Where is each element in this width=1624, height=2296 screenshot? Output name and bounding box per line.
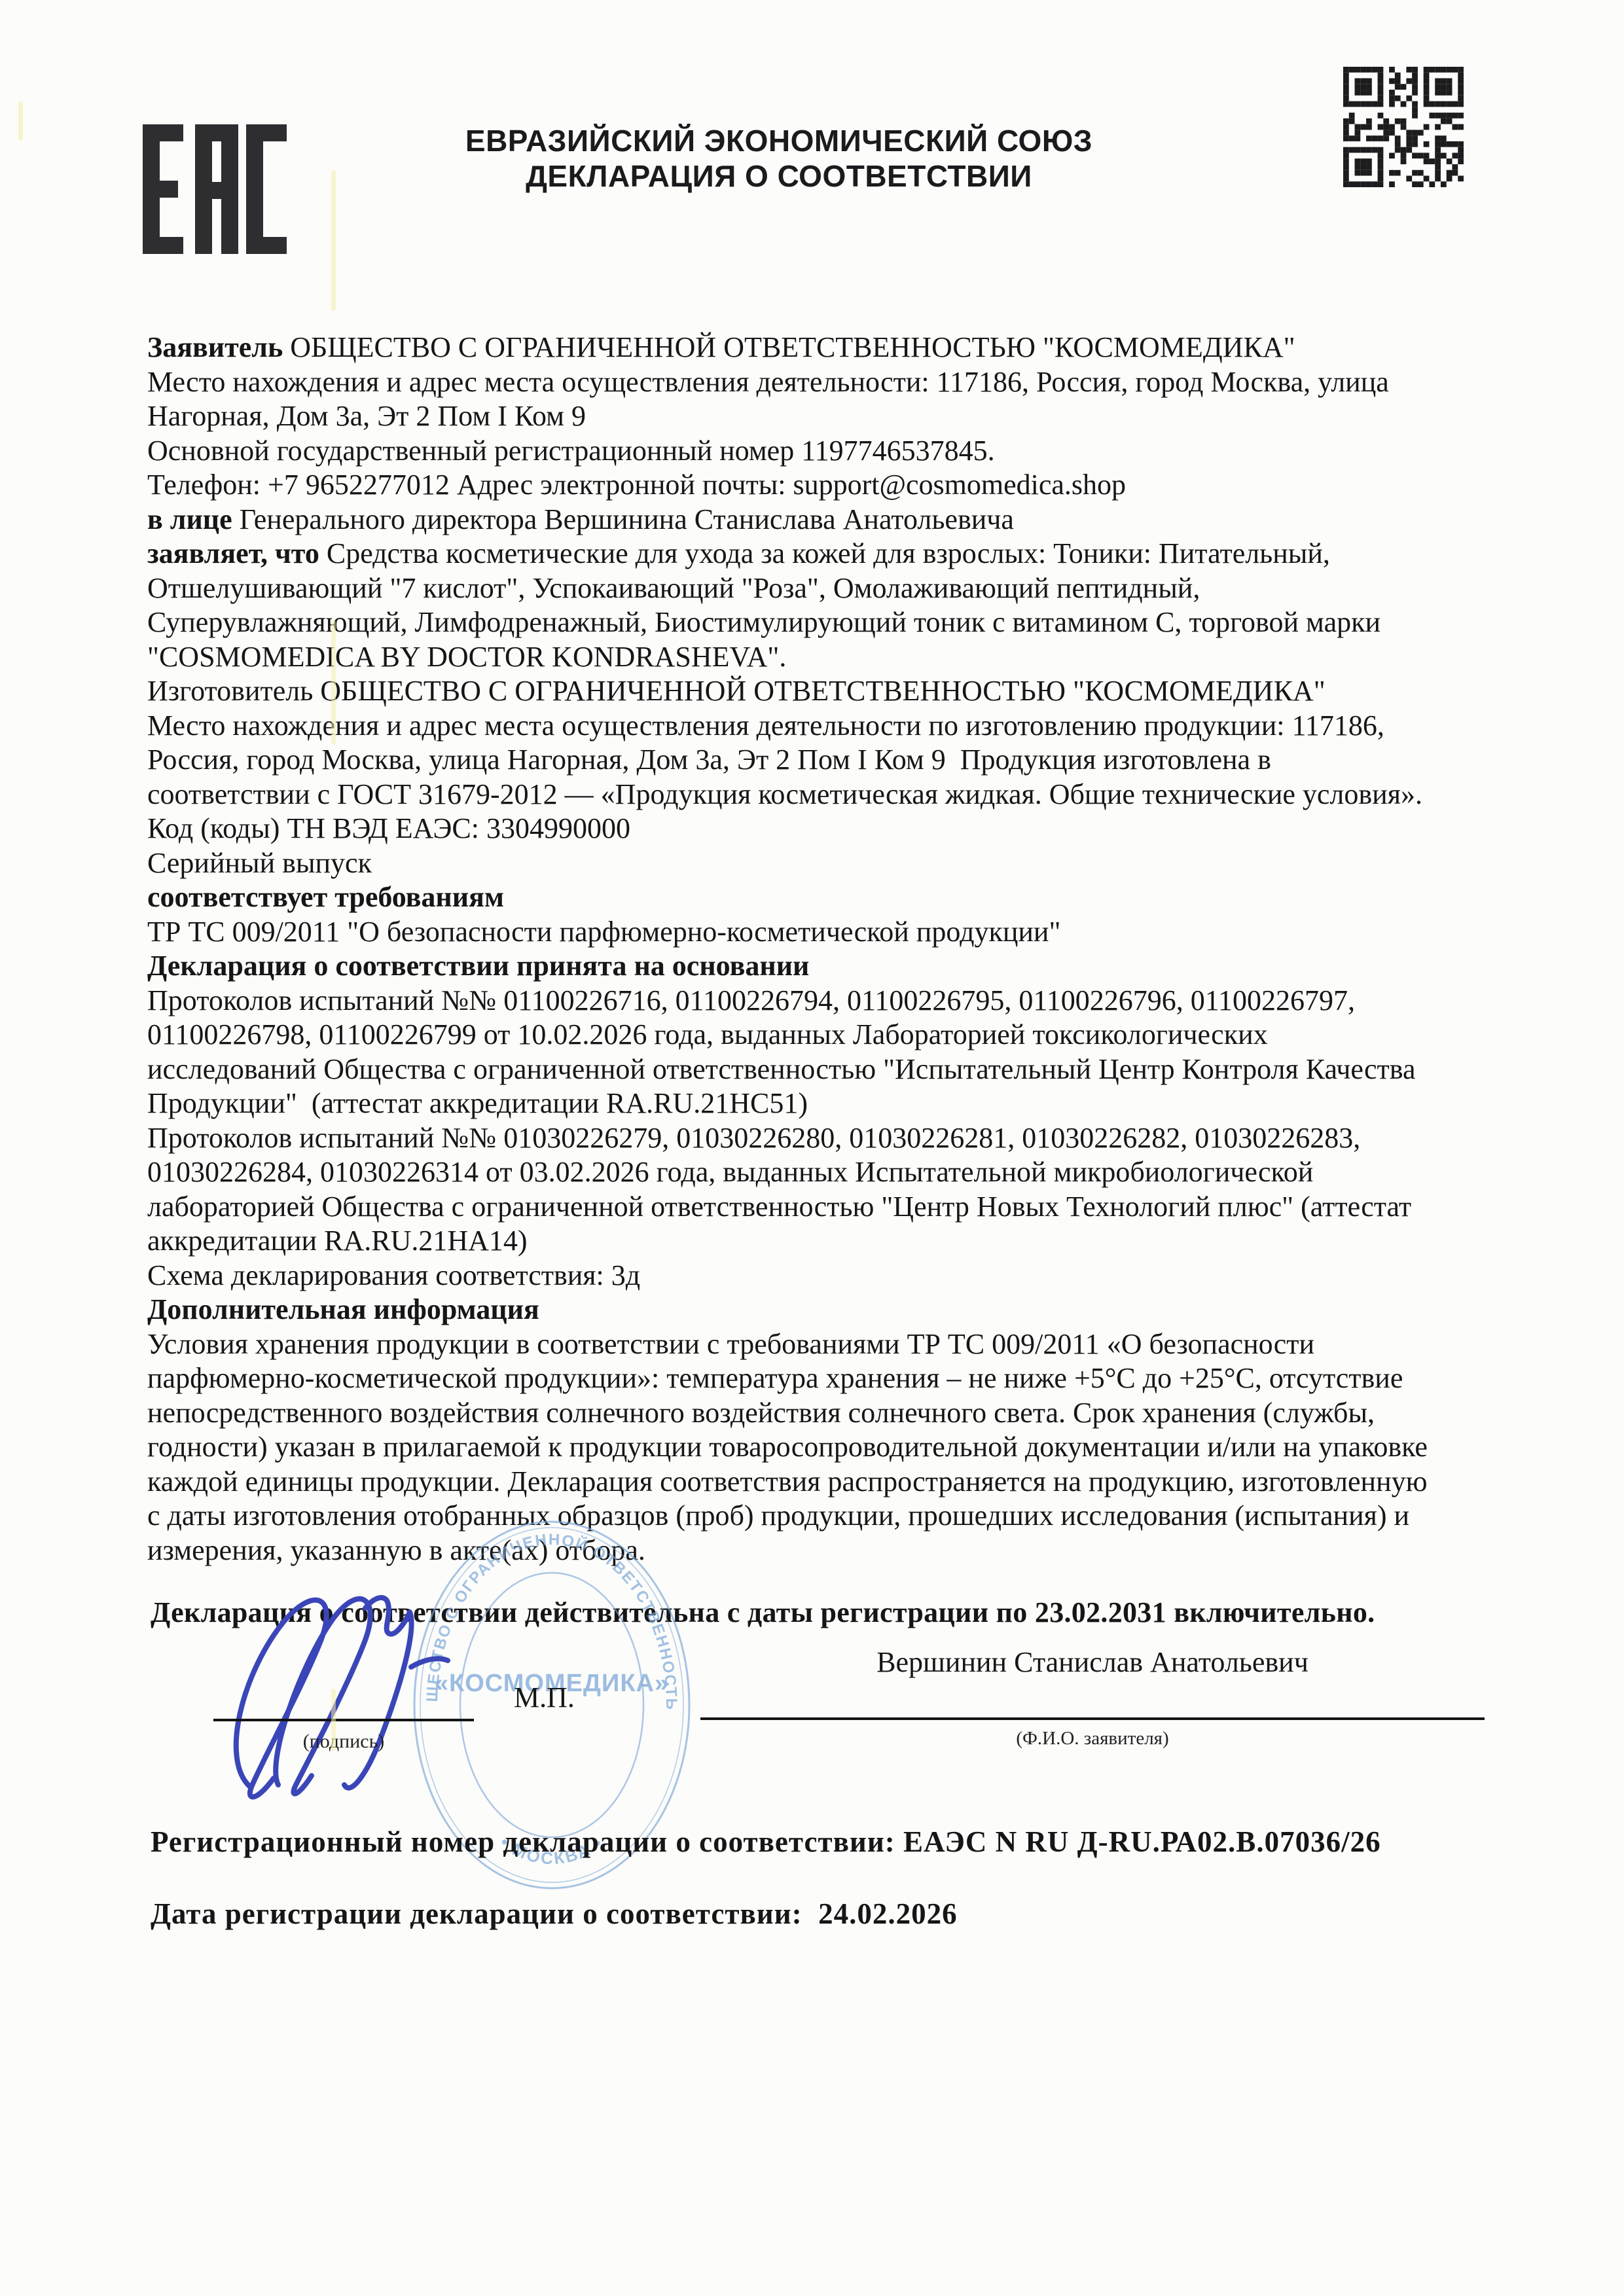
document-line: Протоколов испытаний №№ 01100226716, 011…: [147, 984, 1509, 1018]
document-title: ЕВРАЗИЙСКИЙ ЭКОНОМИЧЕСКИЙ СОЮЗ ДЕКЛАРАЦИ…: [288, 123, 1270, 194]
document-line: Место нахождения и адрес места осуществл…: [147, 709, 1509, 744]
title-line-1: ЕВРАЗИЙСКИЙ ЭКОНОМИЧЕСКИЙ СОЮЗ: [288, 123, 1270, 158]
qr-code-icon: [1343, 67, 1464, 187]
document-line: годности) указан в прилагаемой к продукц…: [147, 1430, 1509, 1465]
document-line: Основной государственный регистрационный…: [147, 434, 1509, 469]
document-line: Серийный выпуск: [147, 846, 1509, 881]
stamp-place-label: М.П.: [514, 1681, 575, 1714]
document-line: ТР ТС 009/2011 "О безопасности парфюмерн…: [147, 915, 1509, 950]
document-line: Изготовитель ОБЩЕСТВО С ОГРАНИЧЕННОЙ ОТВ…: [147, 674, 1509, 709]
document-line: Дополнительная информация: [147, 1293, 1509, 1327]
document-line: измерения, указанную в акте(ах) отбора.: [147, 1534, 1509, 1568]
registration-date-line: Дата регистрации декларации о соответств…: [151, 1897, 1558, 1931]
document-line: Код (коды) ТН ВЭД ЕАЭС: 3304990000: [147, 812, 1509, 846]
declaration-document: ЕВРАЗИЙСКИЙ ЭКОНОМИЧЕСКИЙ СОЮЗ ДЕКЛАРАЦИ…: [0, 0, 1624, 2296]
document-line: Место нахождения и адрес места осуществл…: [147, 365, 1509, 400]
document-line: Продукции" (аттестат аккредитации RA.RU.…: [147, 1086, 1509, 1121]
document-lines: Заявитель ОБЩЕСТВО С ОГРАНИЧЕННОЙ ОТВЕТС…: [147, 331, 1509, 1568]
document-line: парфюмерно-косметической продукции»: тем…: [147, 1361, 1509, 1396]
document-line: Схема декларирования соответствия: 3д: [147, 1259, 1509, 1293]
document-line: Россия, город Москва, улица Нагорная, До…: [147, 743, 1509, 778]
document-line: в лице Генерального директора Вершинина …: [147, 503, 1509, 537]
scan-artifact: [331, 170, 336, 311]
document-line: Условия хранения продукции в соответстви…: [147, 1327, 1509, 1362]
document-line: с даты изготовления отобранных образцов …: [147, 1499, 1509, 1534]
document-line: соответствует требованиям: [147, 880, 1509, 915]
signature-line: [213, 1719, 474, 1721]
document-line: "COSMOMEDICA BY DOCTOR KONDRASHEVA".: [147, 640, 1509, 675]
eac-logo: [143, 124, 287, 254]
document-line: аккредитации RA.RU.21HA14): [147, 1224, 1509, 1259]
document-line: Суперувлажняющий, Лимфодренажный, Биости…: [147, 605, 1509, 640]
handwritten-signature: [216, 1568, 478, 1823]
document-line: Телефон: +7 9652277012 Адрес электронной…: [147, 468, 1509, 503]
fio-line: [700, 1717, 1485, 1720]
document-line: соответствии с ГОСТ 31679-2012 — «Продук…: [147, 778, 1509, 812]
document-line: Нагорная, Дом 3а, Эт 2 Пом I Ком 9: [147, 399, 1509, 434]
document-line: 01100226798, 01100226799 от 10.02.2026 г…: [147, 1018, 1509, 1052]
document-line: каждой единицы продукции. Декларация соо…: [147, 1465, 1509, 1499]
document-line: исследований Общества с ограниченной отв…: [147, 1052, 1509, 1087]
document-line: непосредственного воздействия солнечного…: [147, 1396, 1509, 1431]
scan-artifact: [331, 1689, 336, 1751]
scan-artifact: [18, 101, 23, 141]
document-line: Отшелушивающий "7 кислот", Успокаивающий…: [147, 571, 1509, 606]
document-line: Заявитель ОБЩЕСТВО С ОГРАНИЧЕННОЙ ОТВЕТС…: [147, 331, 1509, 365]
document-line: 01030226284, 01030226314 от 03.02.2026 г…: [147, 1155, 1509, 1190]
document-line: Декларация о соответствии принята на осн…: [147, 949, 1509, 984]
scan-artifact: [331, 620, 336, 745]
document-line: заявляет, что Средства косметические для…: [147, 537, 1509, 571]
document-line: Протоколов испытаний №№ 01030226279, 010…: [147, 1121, 1509, 1156]
fio-caption: (Ф.И.О. заявителя): [700, 1728, 1485, 1749]
registration-number-line: Регистрационный номер декларации о соотв…: [151, 1825, 1558, 1859]
applicant-name: Вершинин Станислав Анатольевич: [700, 1645, 1485, 1679]
signature-caption: (подпись): [213, 1731, 474, 1753]
title-line-2: ДЕКЛАРАЦИЯ О СООТВЕТСТВИИ: [288, 158, 1270, 194]
document-line: лабораторией Общества с ограниченной отв…: [147, 1190, 1509, 1225]
